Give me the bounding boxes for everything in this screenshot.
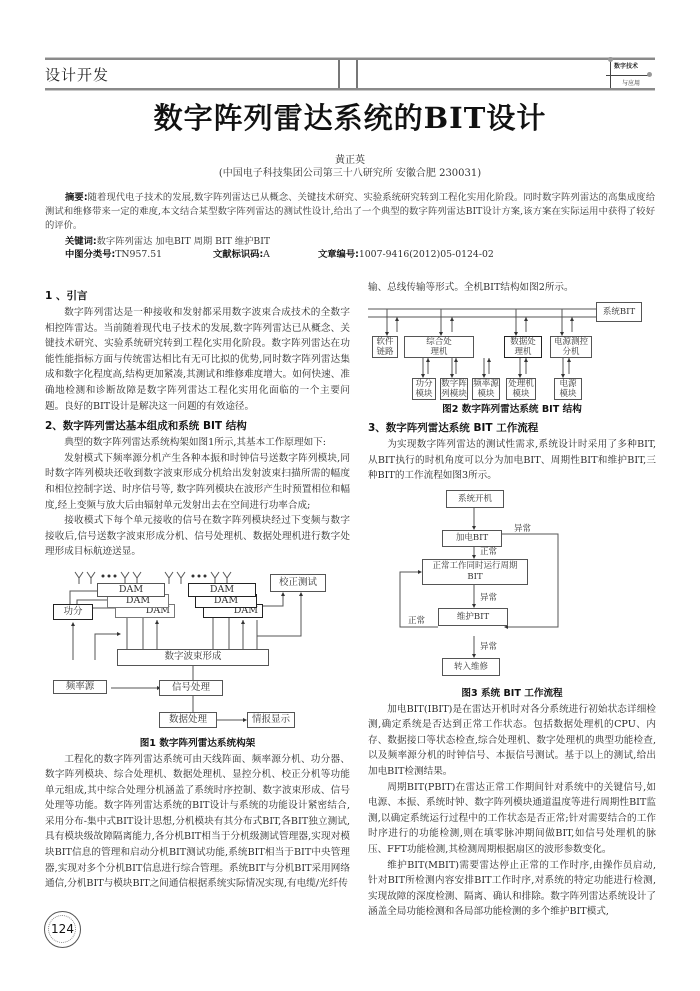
paragraph: 为实现数字阵列雷达的测试性需求,系统设计时采用了多种BIT,从BIT执行的时机角… <box>368 437 656 484</box>
label-abnormal-pbit: 异常 <box>480 591 497 607</box>
figure-3-connectors <box>368 490 656 686</box>
software-link-block: 软件链路 <box>372 336 398 358</box>
abstract-label: 摘要: <box>65 192 88 203</box>
data-processor-block: 数据处理机 <box>504 336 542 358</box>
processor-module-block: 处理机模块 <box>506 378 536 400</box>
flow-repair: 转入维修 <box>442 658 500 676</box>
label-abnormal-ibit: 异常 <box>514 522 531 538</box>
section-1-heading: 1 、引言 <box>45 287 350 305</box>
power-control-block: 电源测控分机 <box>550 336 592 358</box>
power-splitter-block: 功分 <box>53 604 93 620</box>
paragraph: 工程化的数字阵列雷达系统可由天线阵面、频率源分机、功分器、数字阵列模块、综合处理… <box>45 752 350 892</box>
section-tag: 设计开发 <box>45 64 109 85</box>
calibration-test-block: 校正测试 <box>270 574 326 592</box>
beamforming-block: 数字波束形成 <box>117 649 269 666</box>
article-no-label: 文章编号: <box>318 249 359 260</box>
paragraph: 典型的数字阵列雷达系统构架如图1所示,其基本工作原理如下: <box>45 435 350 451</box>
journal-logo: 数字技术 与应用 <box>606 59 656 89</box>
power-split-module-block: 功分模块 <box>412 378 436 400</box>
article-no-value: 1007-9416(2012)05-0124-02 <box>359 249 494 260</box>
paragraph: 周期BIT(PBIT)在雷达正常工作期间针对系统中的关键信号,如电源、本振、系统… <box>368 780 656 858</box>
abstract-text: 随着现代电子技术的发展,数字阵列雷达已从概念、关键技术研究、实验系统研究转到工程… <box>45 192 655 231</box>
dam-block-left-1: DAM <box>97 583 165 597</box>
section-3-heading: 3、数字阵列雷达系统 BIT 工作流程 <box>368 419 656 437</box>
header-rule-bottom <box>45 88 655 91</box>
paragraph: 发射模式下频率源分机产生各种本振和时钟信号送数字阵列模块,同时数字阵列模块还收到… <box>45 451 350 513</box>
integrated-processor-block: 综合处理机 <box>404 336 474 358</box>
flow-mbit: 维护BIT <box>438 608 508 626</box>
figure-2: 系统BIT 软件链路 综合处理机 数据处理机 电源测控分机 功分模块 数字阵列模… <box>368 300 656 402</box>
doc-code-value: A <box>263 249 270 260</box>
intel-display-block: 情报显示 <box>247 712 295 728</box>
section-2-heading: 2、数字阵列雷达基本组成和系统 BIT 结构 <box>45 417 350 435</box>
figure-3: 系统开机 加电BIT 正常工作同时运行周期BIT 维护BIT 转入维修 异常 正… <box>368 490 656 686</box>
signal-processing-block: 信号处理 <box>159 680 223 696</box>
label-abnormal-mbit: 异常 <box>480 640 497 656</box>
affiliation: (中国电子科技集团公司第三十八研究所 安徽合肥 230031) <box>0 164 700 179</box>
left-column: 1 、引言 数字阵列雷达是一种接收和发射都采用数字波束合成技术的全数字相控阵雷达… <box>45 287 350 892</box>
doc-code-label: 文献标识码: <box>213 249 263 260</box>
data-processing-block: 数据处理 <box>159 712 217 728</box>
clc-value: TN957.51 <box>115 249 162 260</box>
figure-1-caption: 图1 数字阵列雷达系统构架 <box>45 736 350 752</box>
label-normal-ibit: 正常 <box>480 545 497 561</box>
label-normal-mbit: 正常 <box>408 614 425 630</box>
clc-label: 中图分类号: <box>65 249 115 260</box>
page-number: 124 <box>45 922 80 936</box>
figure-2-caption: 图2 数字阵列雷达系统 BIT 结构 <box>368 402 656 418</box>
page-number-badge: 124 <box>44 911 81 948</box>
paragraph: 加电BIT(IBIT)是在雷达开机时对各分系统进行初始状态详细检测,确定系统是否… <box>368 702 656 780</box>
article-meta: 中图分类号:TN957.51 文献标识码:A 文章编号:1007-9416(20… <box>65 246 665 260</box>
article-title: 数字阵列雷达系统的BIT设计 <box>0 96 700 137</box>
freq-source-module-block: 频率源模块 <box>472 378 500 400</box>
keywords: 关键词:数字阵列雷达 加电BIT 周期 BIT 维护BIT <box>65 233 270 247</box>
paragraph: 维护BIT(MBIT)需要雷达停止正常的工作时序,由操作员启动,针对BIT所检测… <box>368 858 656 920</box>
dam-module-block: 数字阵列模块 <box>440 378 468 400</box>
paragraph-continued: 输、总线传输等形式。全机BIT结构如图2所示。 <box>368 280 656 296</box>
paragraph: 数字阵列雷达是一种接收和发射都采用数字波束合成技术的全数字相控阵雷达。当前随着现… <box>45 305 350 414</box>
frequency-source-block: 频率源 <box>53 680 107 694</box>
flow-power-on: 系统开机 <box>446 490 504 508</box>
power-module-block: 电源模块 <box>554 378 582 400</box>
dam-block-right-1: DAM <box>188 583 256 597</box>
system-bit-block: 系统BIT <box>596 302 642 322</box>
header-divider <box>338 60 360 88</box>
abstract: 摘要:随着现代电子技术的发展,数字阵列雷达已从概念、关键技术研究、实验系统研究转… <box>45 191 655 233</box>
figure-3-caption: 图3 系统 BIT 工作流程 <box>368 686 656 702</box>
journal-name-line1: 数字技术 <box>614 61 638 70</box>
flow-pbit: 正常工作同时运行周期BIT <box>422 559 528 585</box>
journal-name-line2: 与应用 <box>622 78 640 87</box>
right-column: 输、总线传输等形式。全机BIT结构如图2所示。 <box>368 280 656 920</box>
paragraph: 接收模式下每个单元接收的信号在数字阵列模块经过下变频与数字接收后,信号送数字波束… <box>45 513 350 560</box>
figure-1: DAM DAM DAM DAM DAM DAM 校正测试 功分 数字波束形成 频… <box>45 566 350 734</box>
